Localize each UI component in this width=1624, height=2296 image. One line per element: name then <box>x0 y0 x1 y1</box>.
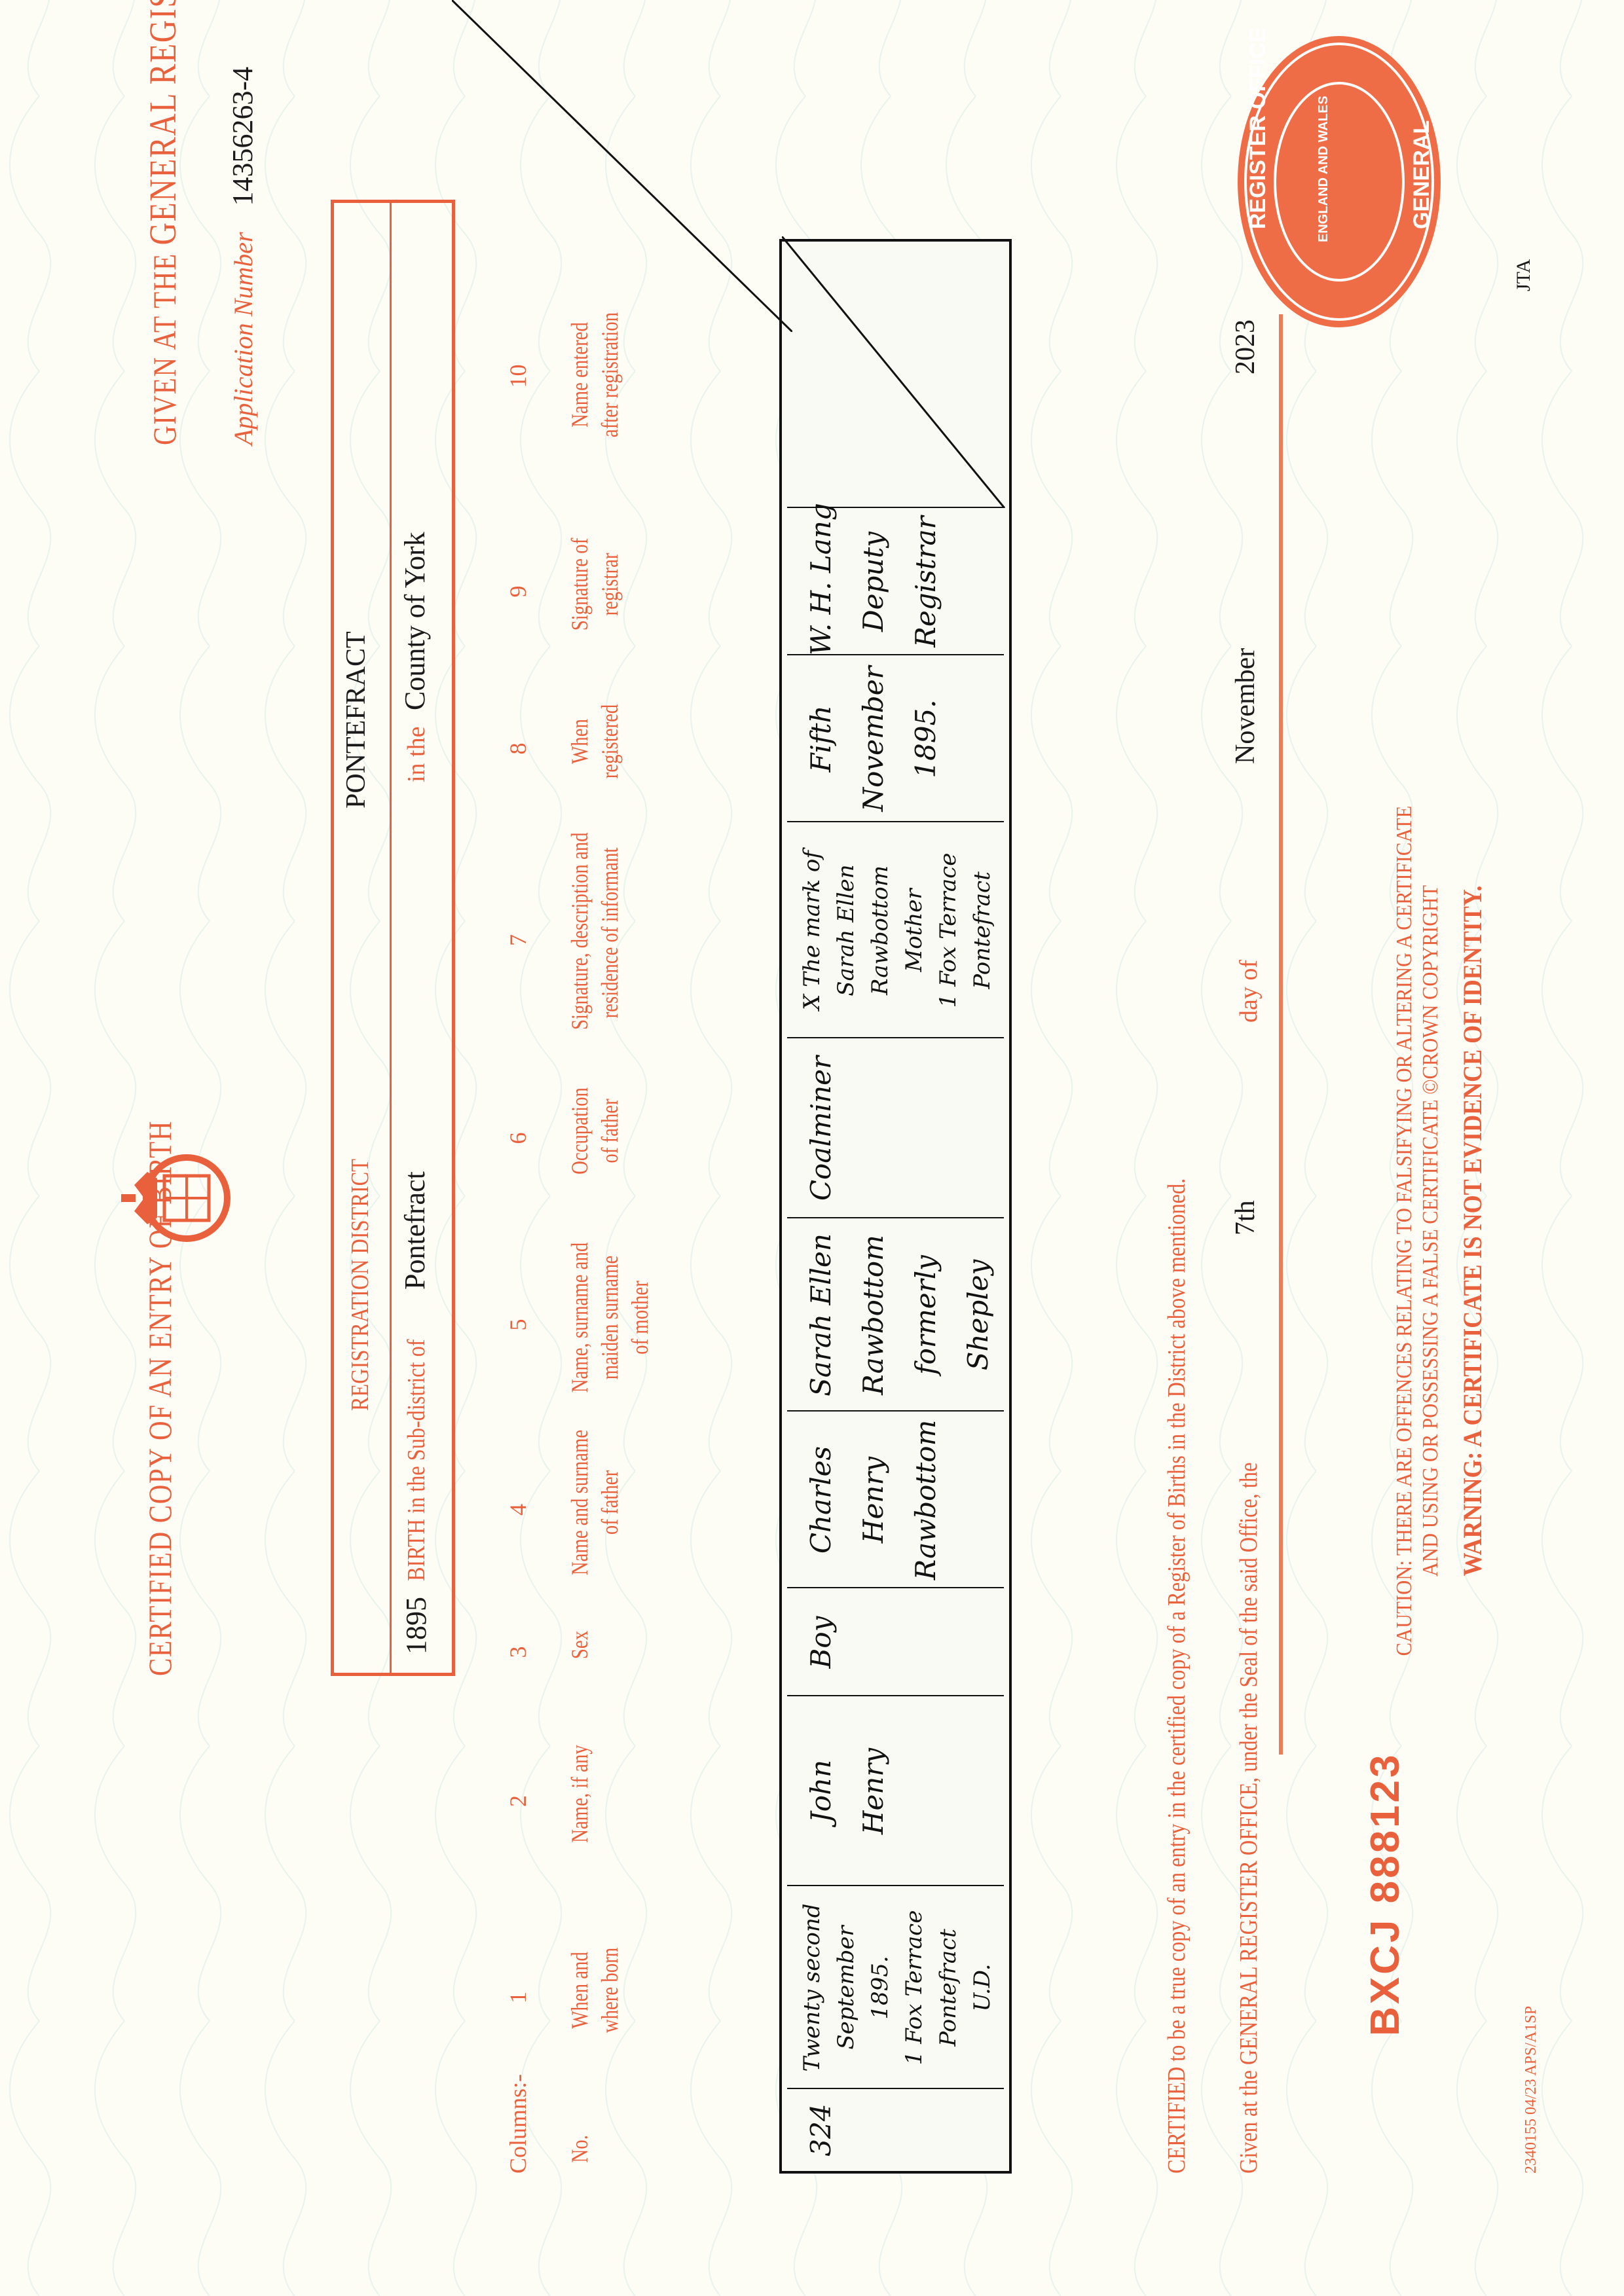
column-header: No. <box>564 2077 595 2163</box>
application-number-label: Application Number <box>229 232 258 445</box>
registration-district-box: REGISTRATION DISTRICT PONTEFRACT 1895 BI… <box>331 200 455 1676</box>
seal-text-inner: ENGLAND AND WALES <box>1316 96 1331 242</box>
columns-label: Columns:- <box>504 2074 532 2174</box>
column-number: 2 <box>504 1795 532 1807</box>
certification-statement: CERTIFIED to be a true copy of an entry … <box>1162 1178 1191 2174</box>
registration-district-value: PONTEFRACT <box>341 631 372 809</box>
officer-initials: JTA <box>1513 259 1535 291</box>
form-code: 2340155 04/23 APS/A1SP <box>1522 2006 1540 2174</box>
issue-day: 7th <box>1230 1200 1261 1235</box>
column-number: 5 <box>504 1319 532 1331</box>
column-number: 7 <box>504 934 532 946</box>
application-number-value: 14356263-4 <box>227 67 259 206</box>
column-number: 4 <box>504 1504 532 1516</box>
entry-occupation: Coalminer <box>795 1038 1003 1218</box>
county-label: in the <box>402 727 431 782</box>
cancellation-diagonal-line <box>452 0 792 332</box>
given-at-label: GIVEN AT THE <box>146 253 183 445</box>
caution-block: CAUTION: THERE ARE OFFENCES RELATING TO … <box>1392 783 1486 1679</box>
caution-line-1: CAUTION: THERE ARE OFFENCES RELATING TO … <box>1392 783 1418 1679</box>
issue-month: November <box>1230 648 1261 764</box>
column-number: 10 <box>504 365 532 388</box>
column-header: When registered <box>564 665 625 819</box>
column-header: When and where born <box>564 1899 625 2082</box>
subdistrict-value: Pontefract <box>398 1171 432 1290</box>
royal-crest-icon <box>121 1133 252 1264</box>
column-header: Occupation of father <box>564 1049 625 1214</box>
given-under-seal-statement: Given at the GENERAL REGISTER OFFICE, un… <box>1234 1463 1263 2174</box>
county-value: County of York <box>398 532 432 710</box>
strike-through-line <box>782 236 1014 508</box>
certificate-landscape: CERTIFIED COPY OF AN ENTRY OF BIRTH GIVE… <box>0 0 1624 2296</box>
entry-registrar: W. H. Lang Deputy Registrar <box>795 508 1003 655</box>
identity-warning: WARNING: A CERTIFICATE IS NOT EVIDENCE O… <box>1460 783 1486 1679</box>
application-number-row: Application Number 14356263-4 <box>226 67 259 445</box>
gro-name: GENERAL REGISTER OFFICE <box>141 0 184 245</box>
registration-year: 1895 <box>399 1597 433 1654</box>
district-divider <box>390 203 392 1673</box>
column-number: 9 <box>504 586 532 598</box>
seal-text-bottom: GENERAL <box>1409 120 1435 229</box>
entry-sex: Boy <box>795 1588 1003 1696</box>
entry-informant: X The mark of Sarah Ellen Rawbottom Moth… <box>795 822 1003 1038</box>
given-at-header: GIVEN AT THE GENERAL REGISTER OFFICE <box>141 0 185 445</box>
certificate-serial-number: BXCJ 888123 <box>1362 1753 1409 2037</box>
entry-name: John Henry <box>795 1696 1003 1886</box>
gro-seal-icon: REGISTER OFFICE GENERAL ENGLAND AND WALE… <box>1238 36 1441 327</box>
entry-no: 324 <box>795 2089 1003 2171</box>
column-number: 6 <box>504 1133 532 1144</box>
registration-district-label: REGISTRATION DISTRICT <box>346 1159 375 1411</box>
seal-text-top: REGISTER OFFICE <box>1246 27 1271 229</box>
column-header: Name, if any <box>564 1707 595 1880</box>
column-header: Sex <box>564 1592 595 1699</box>
entry-father: Charles Henry Rawbottom <box>795 1412 1003 1588</box>
certificate-page: CERTIFIED COPY OF AN ENTRY OF BIRTH GIVE… <box>0 0 1624 2296</box>
day-of-label: day of <box>1234 960 1263 1023</box>
issue-year: 2023 <box>1230 319 1261 374</box>
column-header: Name, surname and maiden surname of moth… <box>564 1230 655 1406</box>
column-number: 8 <box>504 743 532 755</box>
caution-line-2: AND USING OR POSSESSING A FALSE CERTIFIC… <box>1418 783 1444 1679</box>
signature-rule <box>1279 314 1283 1755</box>
column-number: 1 <box>504 1992 532 2003</box>
column-header: Name and surname of father <box>564 1421 625 1584</box>
entry-mother: Sarah Ellen Rawbottom formerly Shepley <box>795 1218 1003 1412</box>
column-number: 3 <box>504 1647 532 1658</box>
entry-when-registered: Fifth November 1895. <box>795 655 1003 822</box>
register-entry-table: 324Twenty second September 1895. 1 Fox T… <box>779 239 1012 2174</box>
entry-when-where-born: Twenty second September 1895. 1 Fox Terr… <box>795 1886 1003 2089</box>
column-header: Signature of registrar <box>564 515 625 654</box>
subdistrict-label: BIRTH in the Sub-district of <box>402 1339 431 1581</box>
column-header: Signature, description and residence of … <box>564 836 625 1030</box>
